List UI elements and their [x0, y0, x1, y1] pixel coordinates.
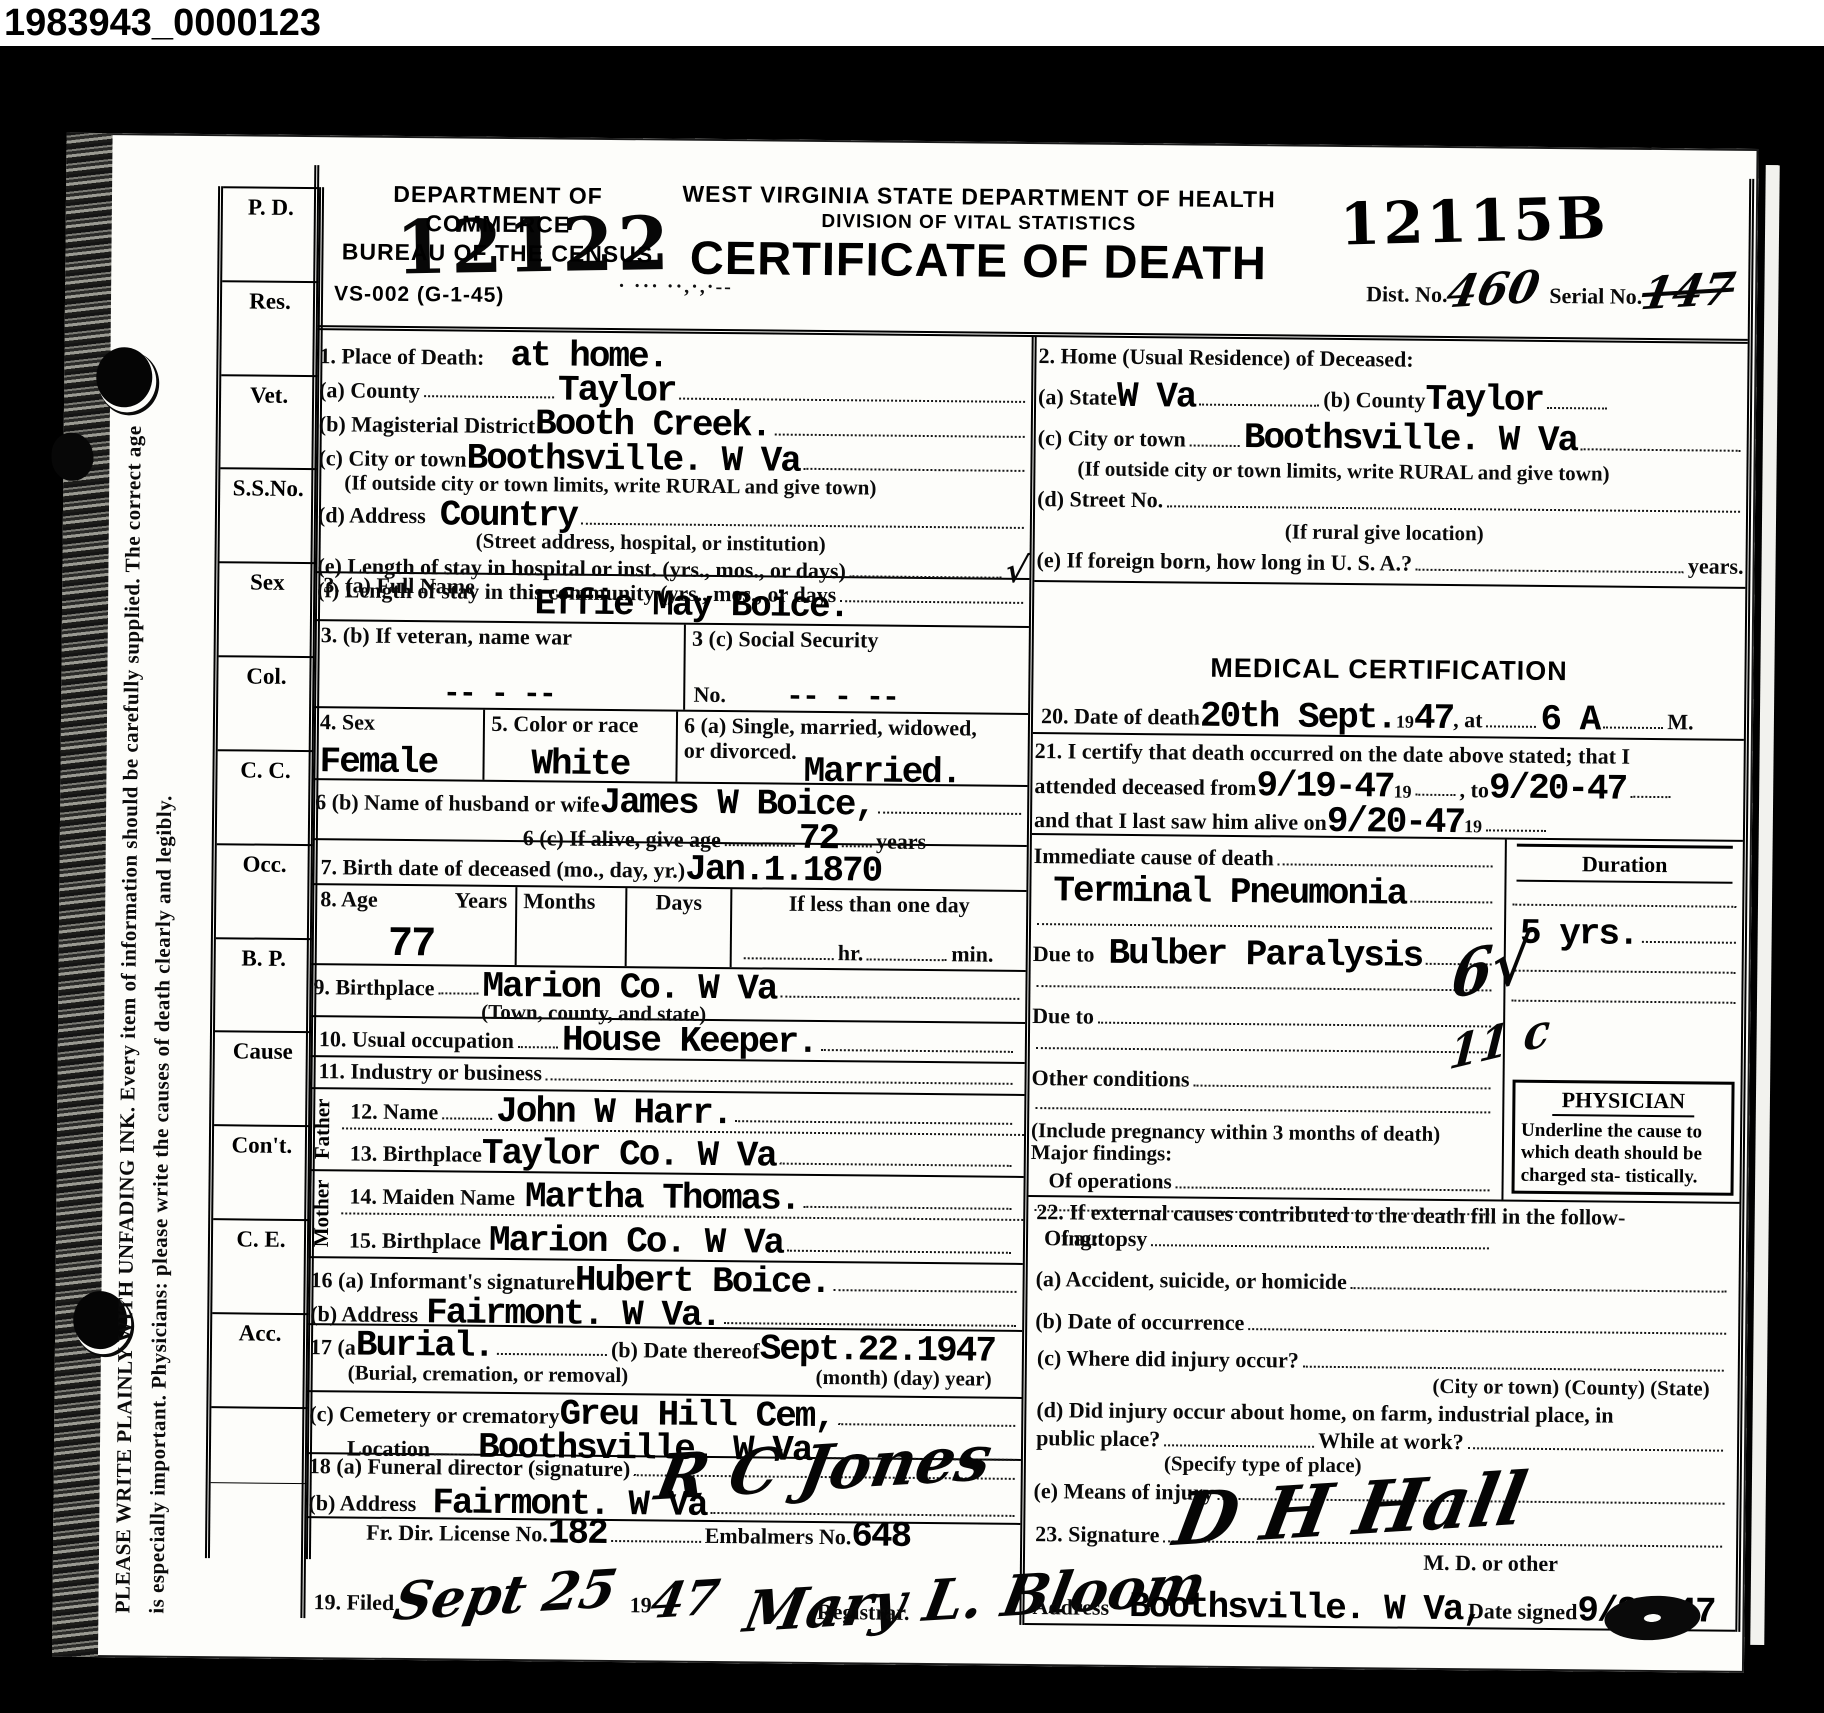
- section-19-filed: 19. Filed Sept 25 19 47 Mary L. Bloom Re…: [305, 1548, 1020, 1625]
- section-22c: (c) Where did injury occur? (City or tow…: [1027, 1337, 1739, 1402]
- s21-from-value: 9/19-47: [1256, 769, 1394, 805]
- medical-certification-header: MEDICAL CERTIFICATION: [1033, 582, 1745, 689]
- s21-to-value: 9/20-47: [1489, 772, 1627, 808]
- s12-value: John W Harr.: [496, 1095, 732, 1131]
- scan-filename: 1983943_0000123: [0, 0, 321, 46]
- physician-note: Underline the cause to which death shoul…: [1521, 1120, 1726, 1189]
- s2d-note: (If rural give location): [1285, 521, 1484, 546]
- form-code: VS-002 (G-1-45): [334, 283, 504, 306]
- mother-section: Mother 14. Maiden Name Martha Thomas. 15…: [309, 1171, 1024, 1265]
- certificate-number-stamp-right: 12115B: [1339, 189, 1609, 254]
- s6b-spouse-value: James W Boice,: [599, 786, 874, 823]
- s15-value: Marion Co. W Va: [489, 1224, 783, 1261]
- s1-title: 1. Place of Death:: [319, 344, 484, 370]
- certificate-title: CERTIFICATE OF DEATH: [678, 233, 1278, 288]
- s22d-label1: (d) Did injury occur about home, on farm…: [1036, 1397, 1613, 1428]
- s20-time-value: 6 A: [1540, 703, 1599, 738]
- s11-label: 11. Industry or business: [318, 1060, 542, 1087]
- s3b-value: -- - --: [320, 679, 678, 711]
- s9-label: 9. Birthplace: [313, 975, 434, 1001]
- medical-certification-title: MEDICAL CERTIFICATION: [1210, 654, 1568, 687]
- side-label-vet: Vet.: [220, 376, 317, 471]
- s20-year: 47: [1414, 701, 1454, 736]
- section-14-maiden-name: 14. Maiden Name Martha Thomas.: [341, 1171, 1023, 1221]
- s8-years-value: 77: [388, 925, 509, 966]
- s2c-label: (c) City or town: [1038, 426, 1186, 452]
- duration-value: 5 yrs.: [1520, 917, 1638, 952]
- s22d-label2: public place?: [1036, 1426, 1160, 1452]
- s3a-name-value: Effie May Boice.: [534, 587, 848, 624]
- section-10-occupation: 10. Usual occupation House Keeper.: [311, 1017, 1025, 1064]
- side-label-cc: C. C.: [217, 751, 314, 846]
- s22d-work-label: While at work?: [1318, 1429, 1464, 1455]
- physician-box: PHYSICIAN Underline the cause to which d…: [1512, 1080, 1735, 1196]
- s1c-city-value: Boothsville. W Va: [466, 441, 800, 478]
- s22c-note: (City or town) (County) (State): [1432, 1375, 1709, 1401]
- s21-attended-label: attended deceased from: [1034, 774, 1256, 801]
- physician-signature: D H Hall: [1170, 1469, 1530, 1548]
- section-23-signature: 23. Signature D H Hall M. D. or other: [1025, 1507, 1737, 1584]
- section-17ab-burial: 17 (aBurial. (b) Date thereof Sept.22.19…: [308, 1325, 1023, 1399]
- s8-less-than-day-cell: If less than one day hr. min.: [732, 889, 1027, 970]
- s23-label: 23. Signature: [1035, 1522, 1160, 1548]
- district-serial-line: Dist. No. 460 Serial No. 147: [1366, 271, 1734, 310]
- s8-less-label: If less than one day: [738, 891, 1020, 918]
- s2e-label: (e) If foreign born, how long in U. S. A…: [1036, 548, 1412, 576]
- side-label-sex: Sex: [219, 564, 316, 659]
- s1d-label: (d) Address: [318, 504, 426, 530]
- department-line2: BUREAU OF THE CENSUS: [332, 237, 662, 269]
- side-label-cause: Cause: [214, 1033, 311, 1128]
- s18-embalmer-value: 648: [851, 1519, 910, 1554]
- ink-blob: [51, 433, 93, 481]
- section-22b: (b) Date of occurrence: [1027, 1295, 1738, 1344]
- s18b-label: (b) Address: [308, 1491, 416, 1517]
- s1b-label: (b) Magisterial District: [319, 412, 535, 439]
- s20-label: 20. Date of death: [1041, 704, 1200, 730]
- s14-value: Martha Thomas.: [525, 1180, 800, 1217]
- side-label-res: Res.: [221, 282, 318, 377]
- s9-value: Marion Co. W Va: [482, 970, 776, 1007]
- s13-label: 13. Birthplace: [350, 1142, 482, 1168]
- header-center-block: WEST VIRGINIA STATE DEPARTMENT OF HEALTH…: [678, 181, 1279, 288]
- due-to-2-label: Due to: [1032, 1004, 1094, 1029]
- s2a-state-value: W Va: [1117, 379, 1196, 414]
- side-cell-empty-2: [210, 1484, 307, 1560]
- section-4-sex: 4. Sex Female: [313, 708, 485, 780]
- s10-label: 10. Usual occupation: [319, 1028, 514, 1054]
- form-column-right: 2. Home (Usual Residence) of Deceased: (…: [1024, 337, 1747, 1632]
- s7-label: 7. Birth date of deceased (mo., day, yr.…: [320, 856, 685, 884]
- section-21-certify: 21. I certify that death occurred on the…: [1032, 734, 1744, 842]
- s2b-county-value: Taylor: [1425, 382, 1543, 417]
- mother-vertical-label: Mother: [309, 1171, 342, 1256]
- department-block: DEPARTMENT OF COMMERCE BUREAU OF THE CEN…: [332, 179, 663, 268]
- father-vertical-label: Father: [310, 1089, 343, 1169]
- s18-license-label: Fr. Dir. License No.: [366, 1521, 548, 1547]
- serial-no-value: 147: [1639, 271, 1737, 312]
- duration-header: Duration: [1516, 844, 1732, 884]
- side-label-col: Col.: [218, 657, 315, 752]
- section-5-color-race: 5. Color or race White: [485, 710, 678, 782]
- department-line1: DEPARTMENT OF COMMERCE: [333, 179, 664, 240]
- form-header: DEPARTMENT OF COMMERCE BUREAU OF THE CEN…: [318, 165, 1750, 344]
- section-18-funeral-director: 18 (a) Funeral director (signature) R C …: [306, 1454, 1021, 1525]
- section-3b-veteran: 3. (b) If veteran, name war -- - --: [314, 621, 686, 710]
- s12-label: 12. Name: [350, 1100, 438, 1125]
- s2a-label: (a) State: [1038, 385, 1117, 410]
- s2d-label: (d) Street No.: [1037, 487, 1163, 513]
- s22b-label: (b) Date of occurrence: [1035, 1309, 1244, 1336]
- s8-days-cell: Days: [627, 888, 733, 967]
- s5-value: White: [491, 747, 670, 783]
- s8-min-label: min.: [951, 943, 993, 968]
- of-autopsy-label: Of autopsy: [1044, 1227, 1148, 1253]
- s17c-label: (c) Cemetery or crematory: [309, 1402, 559, 1429]
- other-conditions-label: Other conditions: [1031, 1066, 1189, 1092]
- s21-pre1: 19: [1393, 782, 1411, 802]
- s17b-label: (b) Date thereof: [611, 1338, 760, 1364]
- s18-license-value: 182: [548, 1516, 607, 1551]
- dist-no-value: 460: [1444, 269, 1542, 310]
- serial-no-label: Serial No.: [1549, 284, 1642, 310]
- s3c-label: 3 (c) Social Security: [692, 627, 1023, 655]
- section-7-birthdate: 7. Birth date of deceased (mo., day, yr.…: [312, 840, 1026, 892]
- s17a-value: Burial.: [356, 1329, 494, 1365]
- s14-label: 14. Maiden Name: [349, 1185, 515, 1211]
- section-3c-social-security: 3 (c) Social Security No. -- - --: [685, 625, 1029, 713]
- s8-years-label: Years: [455, 888, 508, 913]
- major-findings-label: Major findings:: [1031, 1142, 1173, 1167]
- s2c-note: (If outside city or town limits, write R…: [1077, 458, 1609, 486]
- s20-m-label: M.: [1667, 710, 1694, 735]
- side-label-bp: B. P.: [215, 939, 312, 1034]
- s20-year-prefix: 19: [1396, 713, 1414, 733]
- side-label-ce: C. E.: [212, 1220, 309, 1315]
- s20-at-label: , at: [1453, 708, 1483, 733]
- s19-filed-year-handwritten: 47: [648, 1578, 722, 1621]
- s21-to-label: , to: [1459, 778, 1489, 803]
- side-label-ssno: S.S.No.: [219, 470, 316, 565]
- s1d-address-value: Country: [440, 498, 578, 534]
- side-label-pd: P. D.: [222, 186, 319, 283]
- due-to-1-value: Bulber Paralysis: [1108, 937, 1422, 974]
- s6b-label: 6 (b) Name of husband or wife: [315, 790, 600, 817]
- date-signed-label: Date signed: [1468, 1600, 1578, 1626]
- s21-seen-value: 9/20-47: [1327, 805, 1465, 841]
- of-operations-label: Of operations: [1048, 1170, 1171, 1195]
- section-16-informant: 16 (a) Informant's signature Hubert Boic…: [308, 1258, 1023, 1332]
- section-2-home-residence: 2. Home (Usual Residence) of Deceased: (…: [1034, 337, 1747, 589]
- s2b-label: (b) County: [1323, 388, 1425, 414]
- s16a-label: 16 (a) Informant's signature: [310, 1268, 574, 1295]
- dist-no-label: Dist. No.: [1366, 282, 1448, 307]
- s3a-label: 3. (a) Full Name: [323, 573, 475, 599]
- section-3bc: 3. (b) If veteran, name war -- - -- 3 (c…: [314, 621, 1029, 715]
- s19-filed-date-handwritten: Sept 25: [391, 1568, 620, 1623]
- section-8-age: 8. Age Years 77 Months Days If less than…: [312, 885, 1027, 972]
- immediate-cause-label: Immediate cause of death: [1034, 844, 1274, 871]
- s18-embalmer-label: Embalmers No.: [705, 1524, 852, 1550]
- s4-label: 4. Sex: [320, 710, 478, 736]
- s17a-label: 17 (a: [310, 1335, 356, 1360]
- s22a-label: (a) Accident, suicide, or homicide: [1036, 1267, 1347, 1295]
- section-456a: 4. Sex Female 5. Color or race White 6 (…: [313, 708, 1028, 787]
- s3c-value: -- - --: [786, 683, 898, 713]
- section-3a-full-name: 3. (a) Full Name Effie May Boice.: [315, 573, 1029, 628]
- s8-hr-label: hr.: [838, 942, 864, 967]
- section-15-mother-birthplace: 15. Birthplace Marion Co. W Va: [341, 1214, 1023, 1263]
- state-department-line: WEST VIRGINIA STATE DEPARTMENT OF HEALTH: [679, 181, 1279, 214]
- cause-of-death-block: Immediate cause of death Terminal Pneumo…: [1028, 835, 1742, 1204]
- s2c-city-value: Boothsville. W Va: [1244, 421, 1578, 458]
- certificate-paper: PLEASE WRITE PLAINLY WITH UNFADING INK. …: [52, 133, 1759, 1673]
- s3c-no-label: No.: [693, 683, 726, 708]
- s7-value: Jan.1.1870: [685, 853, 881, 889]
- s2-title: 2. Home (Usual Residence) of Deceased:: [1038, 344, 1413, 372]
- father-section: Father 12. Name John W Harr. 13. Birthpl…: [310, 1089, 1025, 1178]
- certificate-form: DEPARTMENT OF COMMERCE BUREAU OF THE CEN…: [300, 165, 1754, 1632]
- s22c-label: (c) Where did injury occur?: [1037, 1346, 1299, 1373]
- s3b-label: 3. (b) If veteran, name war: [321, 623, 678, 651]
- registrar-label: Registrar.: [817, 1600, 910, 1626]
- s8-days-label: Days: [633, 890, 724, 915]
- s15-label: 15. Birthplace: [349, 1229, 481, 1255]
- s4-value: Female: [319, 745, 477, 781]
- side-label-acc: Acc.: [211, 1314, 308, 1409]
- section-22a: (a) Accident, suicide, or homicide: [1028, 1253, 1739, 1302]
- s17b-value: Sept.22.1947: [760, 1332, 996, 1368]
- physician-title: PHYSICIAN: [1552, 1087, 1695, 1117]
- scan-label-strip: 1983943_0000123: [0, 0, 1824, 46]
- s21-pre2: 19: [1464, 817, 1482, 837]
- md-or-other-label: M. D. or other: [1423, 1551, 1558, 1577]
- s20-value: 20th Sept.: [1200, 699, 1396, 735]
- s23-address-label: Address: [1032, 1595, 1109, 1620]
- s13-value: Taylor Co. W Va: [482, 1137, 776, 1174]
- s8-months-label: Months: [523, 889, 619, 915]
- handwritten-mark-1: 6√: [1450, 934, 1533, 1003]
- margin-instruction-line2: is especially important. Physicians: ple…: [146, 194, 181, 1614]
- form-body: 1. Place of Death: at home. (a) County T…: [305, 330, 1747, 1632]
- s19-label: 19. Filed: [313, 1591, 394, 1616]
- section-20-date-of-death: 20. Date of death 20th Sept. 19 47 , at …: [1033, 682, 1744, 741]
- section-9-birthplace: 9. Birthplace Marion Co. W Va (Town, cou…: [311, 965, 1025, 1024]
- s8-label: 8. Age: [320, 887, 378, 912]
- immediate-cause-value: Terminal Pneumonia: [1053, 874, 1406, 912]
- side-cell-empty-1: [211, 1408, 308, 1485]
- s8-months-cell: Months: [517, 887, 628, 966]
- side-label-cont: Con't.: [213, 1126, 310, 1221]
- form-column-left: 1. Place of Death: at home. (a) County T…: [305, 330, 1036, 1625]
- s23-address-value: Boothsville. W Va,: [1129, 1590, 1482, 1628]
- due-to-1-label: Due to: [1033, 942, 1095, 967]
- s21-lastsaw-label: and that I last saw him alive on: [1034, 808, 1327, 835]
- section-13-father-birthplace: 13. Birthplace Taylor Co. W Va: [342, 1129, 1024, 1176]
- s2e-suffix: years.: [1688, 554, 1744, 579]
- section-6a-marital: 6 (a) Single, married, widowed, or divor…: [678, 712, 1029, 785]
- s1c-label: (c) City or town: [318, 446, 466, 472]
- s8-age-years-cell: 8. Age Years 77: [312, 885, 518, 965]
- side-label-occ: Occ.: [216, 845, 313, 940]
- s10-value: House Keeper.: [562, 1023, 817, 1060]
- s18a-label: 18 (a) Funeral director (signature): [309, 1454, 631, 1482]
- section-12-father-name: 12. Name John W Harr.: [342, 1089, 1024, 1136]
- s5-label: 5. Color or race: [491, 712, 670, 738]
- s1a-label: (a) County: [319, 378, 420, 404]
- section-1-place-of-death: 1. Place of Death: at home. (a) County T…: [315, 330, 1031, 580]
